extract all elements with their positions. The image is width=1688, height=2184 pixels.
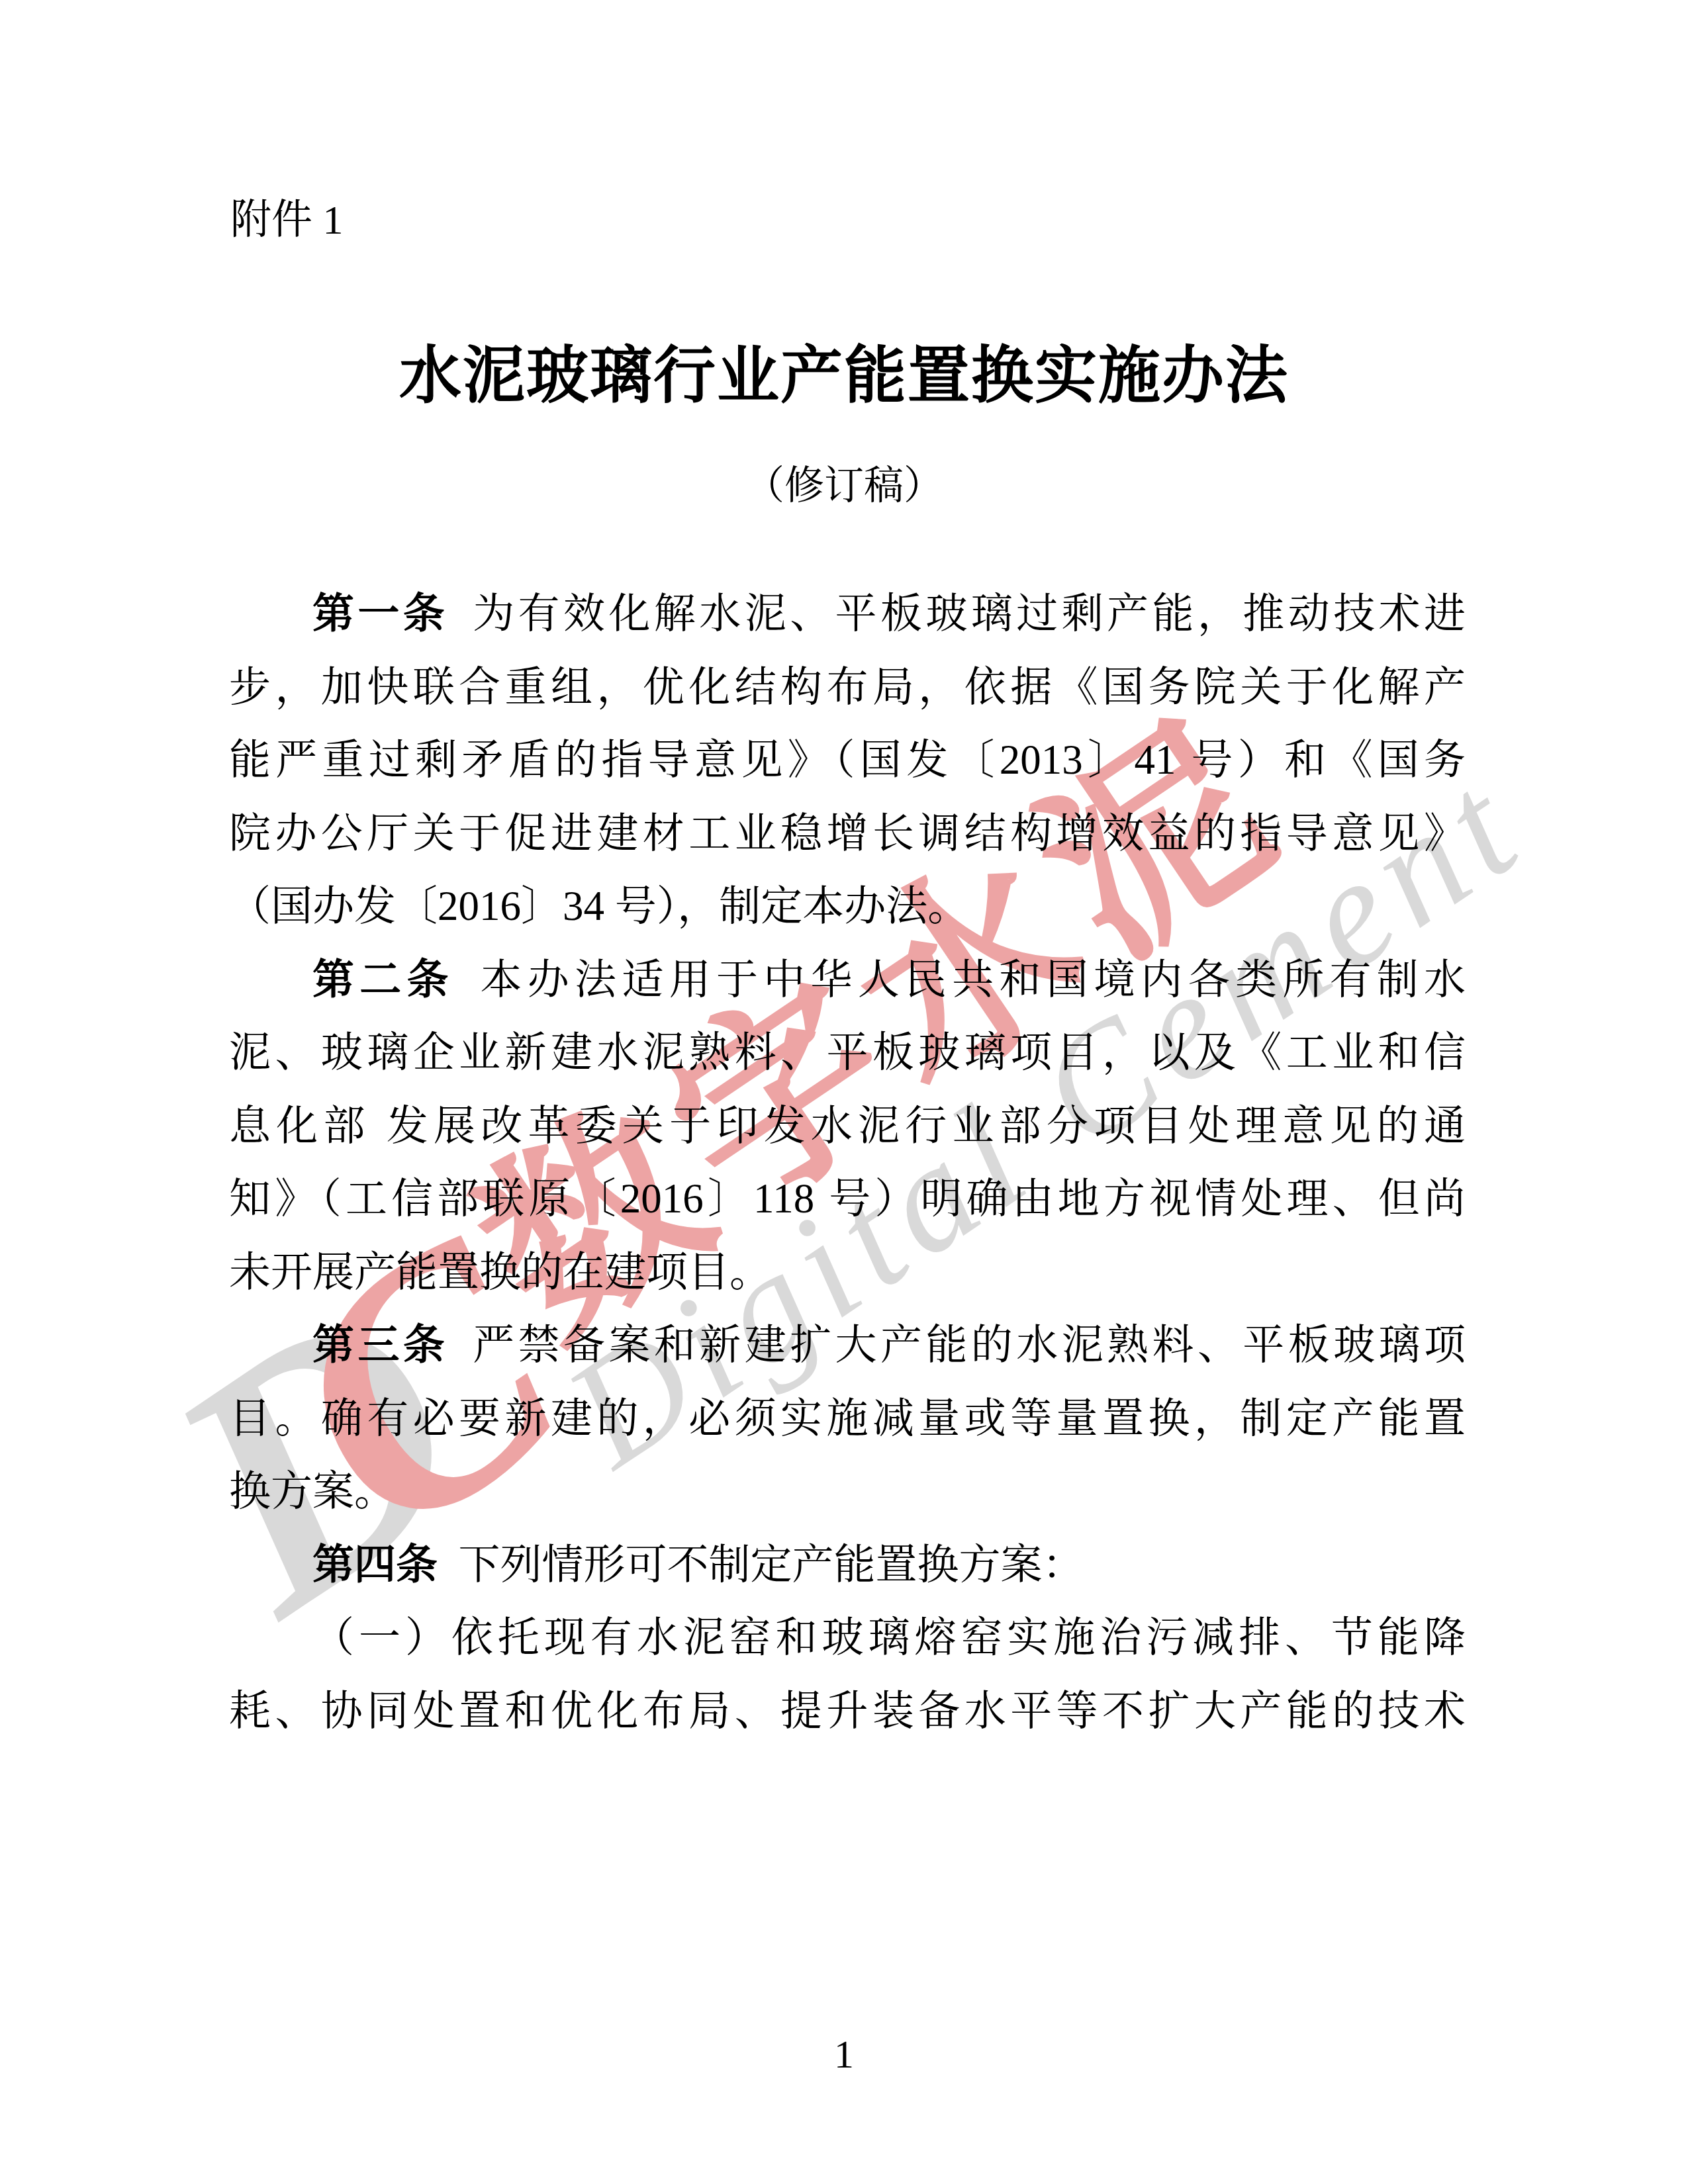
- document-body: 第一条 为有效化解水泥、平板玻璃过剩产能，推动技术进步，加快联合重组，优化结构布…: [229, 577, 1466, 1747]
- article-label: 第三条: [312, 1322, 448, 1368]
- body-line: 泥、玻璃企业新建水泥熟料、平板玻璃项目，以及《工业和信: [229, 1016, 1466, 1089]
- article-line: 第四条 下列情形可不制定产能置换方案：: [229, 1528, 1466, 1602]
- document-subtitle: （修订稿）: [0, 462, 1688, 510]
- attachment-label: 附件 1: [230, 196, 344, 245]
- article-label: 第二条: [312, 956, 454, 1003]
- body-line: 未开展产能置换的在建项目。: [229, 1236, 1466, 1309]
- article-line: 第二条 本办法适用于中华人民共和国境内各类所有制水: [229, 943, 1466, 1017]
- page-number: 1: [0, 2030, 1688, 2078]
- article-line: 第一条 为有效化解水泥、平板玻璃过剩产能，推动技术进: [229, 577, 1466, 651]
- body-line: 息化部 发展改革委关于印发水泥行业部分项目处理意见的通: [229, 1089, 1466, 1163]
- article-line: 第三条 严禁备案和新建扩大产能的水泥熟料、平板玻璃项: [229, 1308, 1466, 1382]
- document-title: 水泥玻璃行业产能置换实施办法: [0, 326, 1688, 415]
- article-label: 第一条: [312, 590, 448, 637]
- body-line: 步，加快联合重组，优化结构布局，依据《国务院关于化解产: [229, 651, 1466, 724]
- body-line: 耗、协同处置和优化布局、提升装备水平等不扩大产能的技术: [229, 1674, 1466, 1748]
- body-line: 知》（工信部联原〔2016〕118 号）明确由地方视情处理、但尚: [229, 1162, 1466, 1236]
- body-line: （国办发〔2016〕34 号），制定本办法。: [229, 870, 1466, 943]
- document-page: DC 数字水泥 Digital Cement 附件 1 水泥玻璃行业产能置换实施…: [0, 0, 1688, 2184]
- body-line: 目。确有必要新建的，必须实施减量或等量置换，制定产能置: [229, 1382, 1466, 1455]
- body-line: 能严重过剩矛盾的指导意见》（国发〔2013〕41 号）和《国务: [229, 723, 1466, 797]
- body-line: （一）依托现有水泥窑和玻璃熔窑实施治污减排、节能降: [229, 1601, 1466, 1674]
- body-line: 院办公厅关于促进建材工业稳增长调结构增效益的指导意见》: [229, 797, 1466, 870]
- article-label: 第四条: [312, 1541, 438, 1588]
- body-line: 换方案。: [229, 1455, 1466, 1528]
